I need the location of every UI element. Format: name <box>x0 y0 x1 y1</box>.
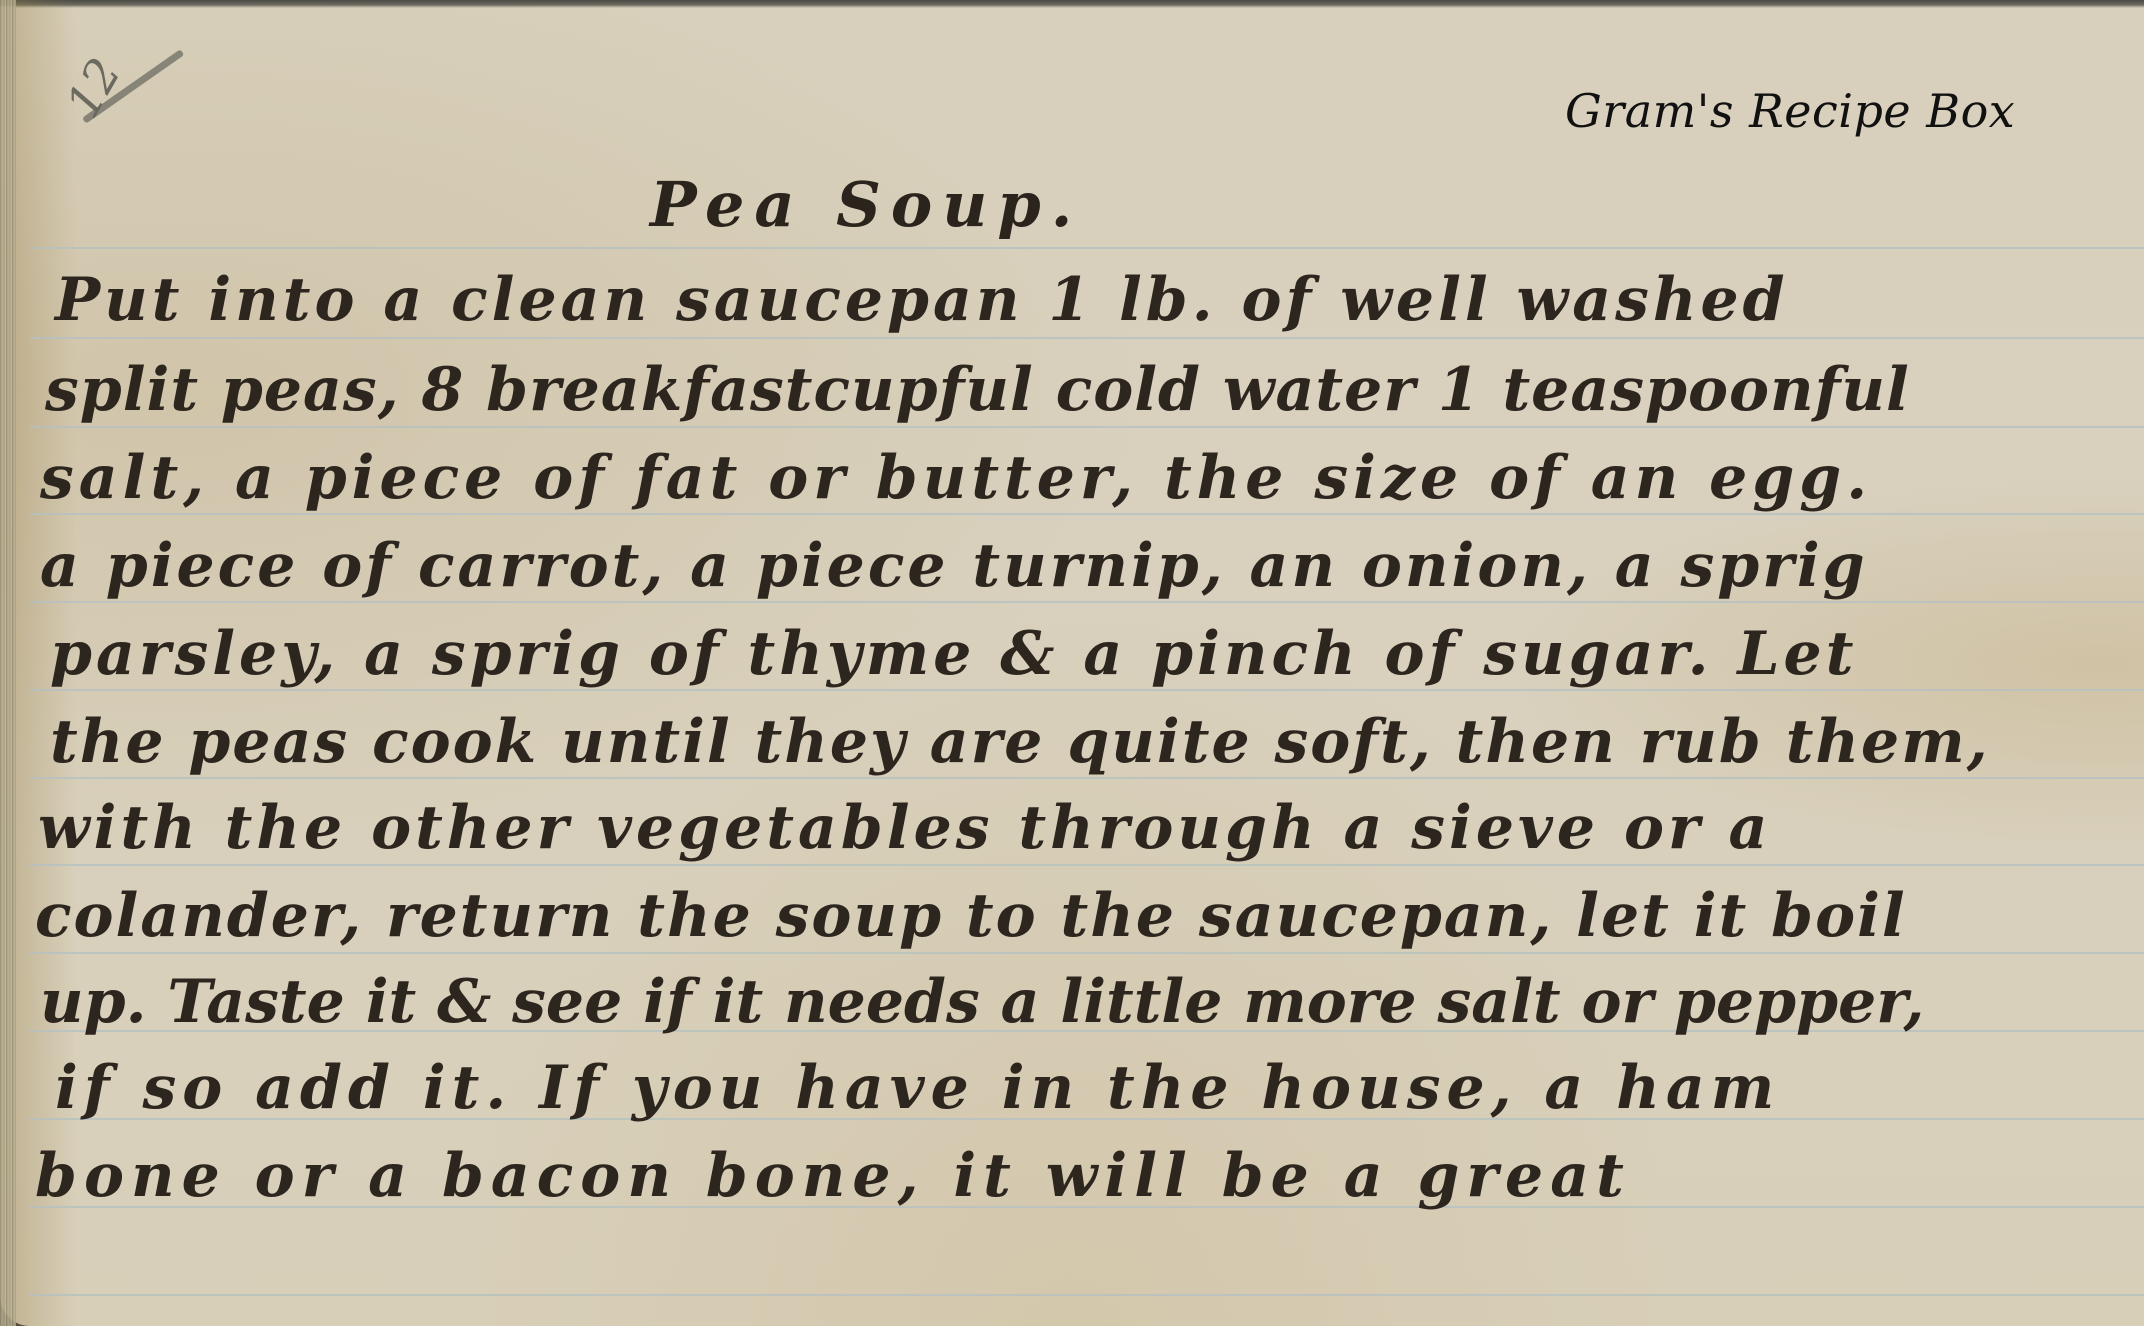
rule-line <box>30 426 2144 428</box>
recipe-line-9: up. Taste it & see if it needs a little … <box>40 972 1924 1032</box>
rule-line <box>30 777 2144 779</box>
book-binding <box>0 0 16 1326</box>
recipe-line-11: bone or a bacon bone, it will be a great <box>35 1146 1631 1206</box>
rule-line <box>30 513 2144 515</box>
recipe-line-2: split peas, 8 breakfastcupful cold water… <box>45 360 1910 420</box>
watermark: Gram's Recipe Box <box>1565 84 2015 138</box>
recipe-title: Pea Soup. <box>650 168 1082 241</box>
recipe-line-1: Put into a clean saucepan 1 lb. of well … <box>55 270 1789 330</box>
recipe-line-10: if so add it. If you have in the house, … <box>55 1058 1780 1118</box>
page-top-edge <box>0 0 2144 8</box>
rule-line <box>30 952 2144 954</box>
rule-line <box>30 1294 2144 1296</box>
rule-line <box>30 601 2144 603</box>
recipe-page: 12 Gram's Recipe Box Pea Soup. Put into … <box>0 0 2144 1326</box>
recipe-line-8: colander, return the soup to the saucepa… <box>35 886 1907 946</box>
page-number: 12 <box>55 0 215 155</box>
rule-line <box>30 689 2144 691</box>
recipe-line-4: a piece of carrot, a piece turnip, an on… <box>40 536 1868 596</box>
recipe-line-6: the peas cook until they are quite soft,… <box>50 712 1990 772</box>
recipe-line-5: parsley, a sprig of thyme & a pinch of s… <box>50 624 1857 684</box>
rule-line <box>30 337 2144 339</box>
rule-line <box>30 247 2144 249</box>
recipe-line-7: with the other vegetables through a siev… <box>38 798 1771 858</box>
recipe-line-3: salt, a piece of fat or butter, the size… <box>40 448 1872 508</box>
rule-line <box>30 864 2144 866</box>
